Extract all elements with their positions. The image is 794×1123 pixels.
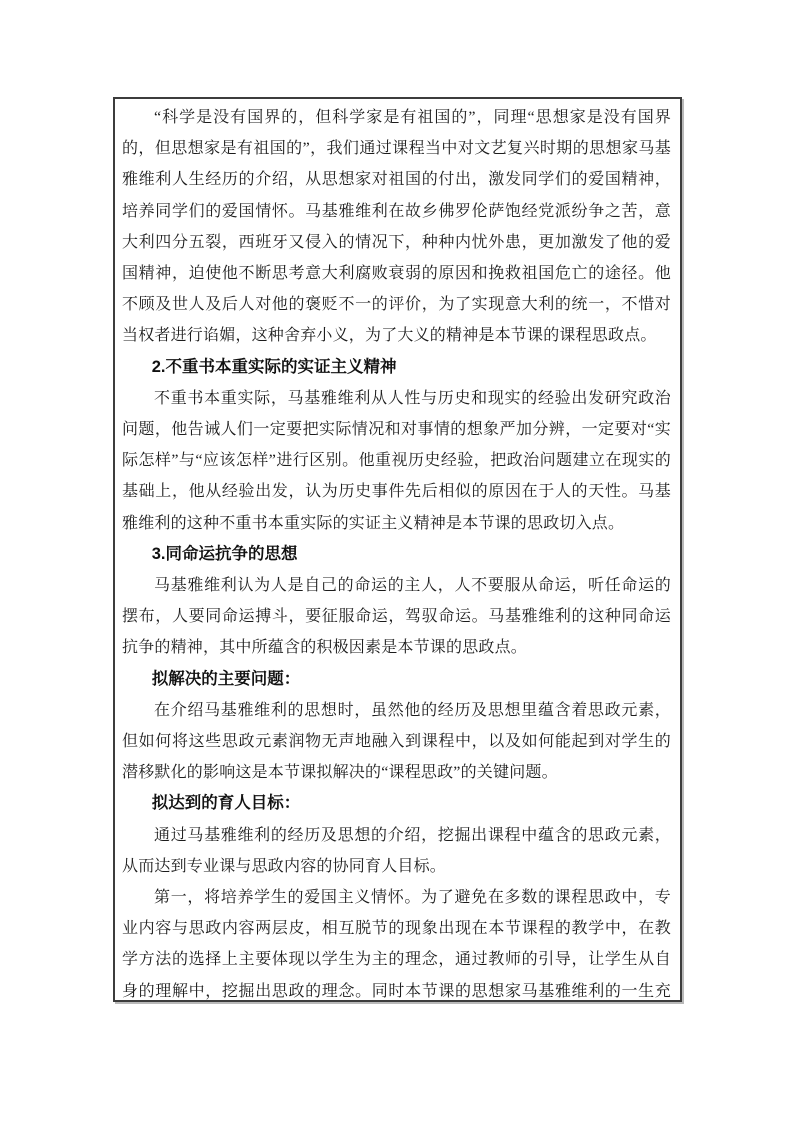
heading-education-goal: 拟达到的育人目标： <box>122 788 671 819</box>
paragraph-education-goal: 通过马基雅维利的经历及思想的介绍，挖掘出课程中蕴含的思政元素，从而达到专业课与思… <box>122 820 671 882</box>
table-cell-border: “科学是没有国界的，但科学家是有祖国的”，同理“思想家是没有国界的，但思想家是有… <box>113 97 682 1002</box>
paragraph-patriotism: “科学是没有国界的，但科学家是有祖国的”，同理“思想家是没有国界的，但思想家是有… <box>122 102 671 352</box>
document-page: “科学是没有国界的，但科学家是有祖国的”，同理“思想家是没有国界的，但思想家是有… <box>0 0 794 1123</box>
heading-positivism-spirit: 2.不重书本重实际的实证主义精神 <box>122 352 671 383</box>
paragraph-positivism: 不重书本重实际，马基雅维利从人性与历史和现实的经验出发研究政治问题，他告诫人们一… <box>122 383 671 539</box>
paragraph-first-point-clipped: 第一，将培养学生的爱国主义情怀。为了避免在多数的课程思政中，专业内容与思政内容两… <box>122 882 671 1002</box>
heading-main-problems: 拟解决的主要问题： <box>122 664 671 695</box>
paragraph-main-problems: 在介绍马基雅维利的思想时，虽然他的经历及思想里蕴含着思政元素，但如何将这些思政元… <box>122 695 671 789</box>
heading-fight-fate: 3.同命运抗争的思想 <box>122 539 671 570</box>
paragraph-fight-fate: 马基雅维利认为人是自己的命运的主人，人不要服从命运，听任命运的摆布，人要同命运搏… <box>122 570 671 664</box>
